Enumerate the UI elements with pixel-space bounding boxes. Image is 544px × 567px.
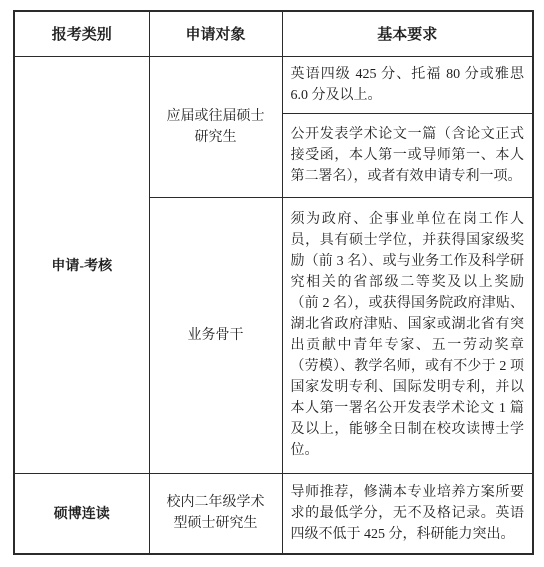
requirement-cell-direct-phd: 导师推荐，修满本专业培养方案所要求的最低学分，无不及格记录。英语四级不低于 42… [282,473,533,554]
header-basic-requirements: 基本要求 [282,11,533,56]
admission-requirements-table: 报考类别 申请对象 基本要求 申请-考核 应届或往届硕士研究生 英语四级 425… [13,10,534,555]
target-label: 应届或往届硕士研究生 [164,106,268,148]
header-application-category: 报考类别 [14,11,149,56]
header-row: 报考类别 申请对象 基本要求 [14,11,533,56]
table-row: 申请-考核 应届或往届硕士研究生 英语四级 425 分、托福 80 分或雅思 6… [14,56,533,113]
requirement-cell-published-paper: 公开发表学术论文一篇（含论文正式接受函，本人第一或导师第一、本人第二署名），或者… [282,113,533,197]
target-cell-second-year-academic-masters: 校内二年级学术型硕士研究生 [149,473,282,554]
requirement-cell-english-scores: 英语四级 425 分、托福 80 分或雅思 6.0 分及以上。 [282,56,533,113]
table-row: 硕博连读 校内二年级学术型硕士研究生 导师推荐，修满本专业培养方案所要求的最低学… [14,473,533,554]
target-cell-business-backbone: 业务骨干 [149,197,282,473]
category-cell-direct-phd: 硕博连读 [14,473,149,554]
target-label: 校内二年级学术型硕士研究生 [164,492,268,534]
target-cell-fresh-or-former-masters: 应届或往届硕士研究生 [149,56,282,197]
target-label: 业务骨干 [164,325,268,346]
requirement-cell-business-backbone: 须为政府、企事业单位在岗工作人员，具有硕士学位，并获得国家级奖励（前 3 名）、… [282,197,533,473]
category-cell-application-assessment: 申请-考核 [14,56,149,473]
header-application-target: 申请对象 [149,11,282,56]
